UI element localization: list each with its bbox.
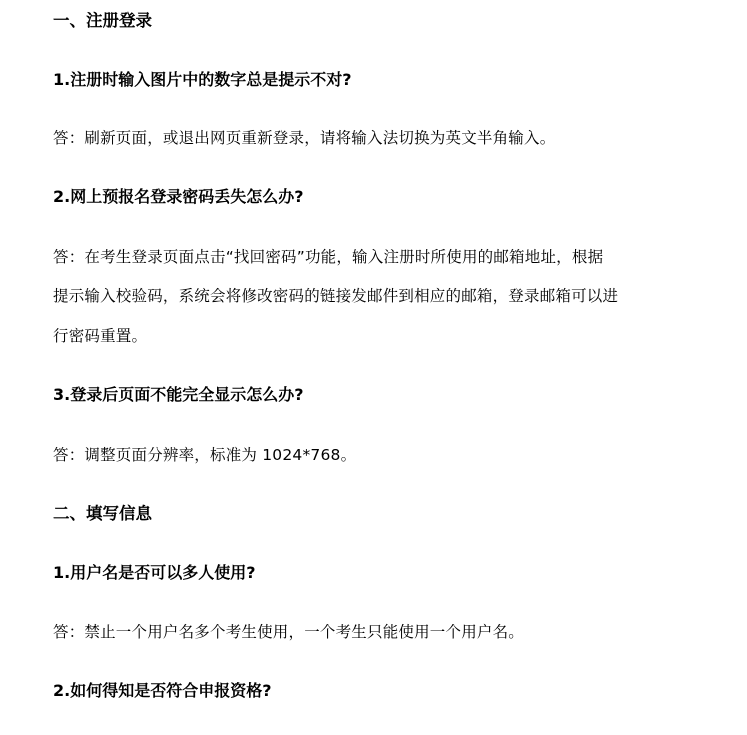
- question-captcha-error: 1.注册时输入图片中的数字总是提示不对?: [53, 70, 352, 90]
- answer-lost-password-line-2: 提示输入校验码，系统会将修改密码的链接发邮件到相应的邮箱，登录邮箱可以进: [53, 286, 618, 306]
- answer-shared-username: 答：禁止一个用户名多个考生使用，一个考生只能使用一个用户名。: [53, 622, 524, 642]
- answer-page-display: 答：调整页面分辨率，标准为 1024*768。: [53, 445, 356, 465]
- question-lost-password: 2.网上预报名登录密码丢失怎么办?: [53, 187, 304, 207]
- section-heading-fill-info: 二、填写信息: [53, 504, 152, 524]
- answer-captcha-error: 答：刷新页面，或退出网页重新登录，请将输入法切换为英文半角输入。: [53, 128, 555, 148]
- question-shared-username: 1.用户名是否可以多人使用?: [53, 563, 256, 583]
- section-heading-registration-login: 一、注册登录: [53, 11, 152, 31]
- question-page-display: 3.登录后页面不能完全显示怎么办?: [53, 385, 304, 405]
- question-eligibility: 2.如何得知是否符合申报资格?: [53, 681, 272, 701]
- answer-lost-password-line-1: 答：在考生登录页面点击“找回密码”功能，输入注册时所使用的邮箱地址，根据: [53, 247, 603, 267]
- answer-lost-password-line-3: 行密码重置。: [53, 326, 147, 346]
